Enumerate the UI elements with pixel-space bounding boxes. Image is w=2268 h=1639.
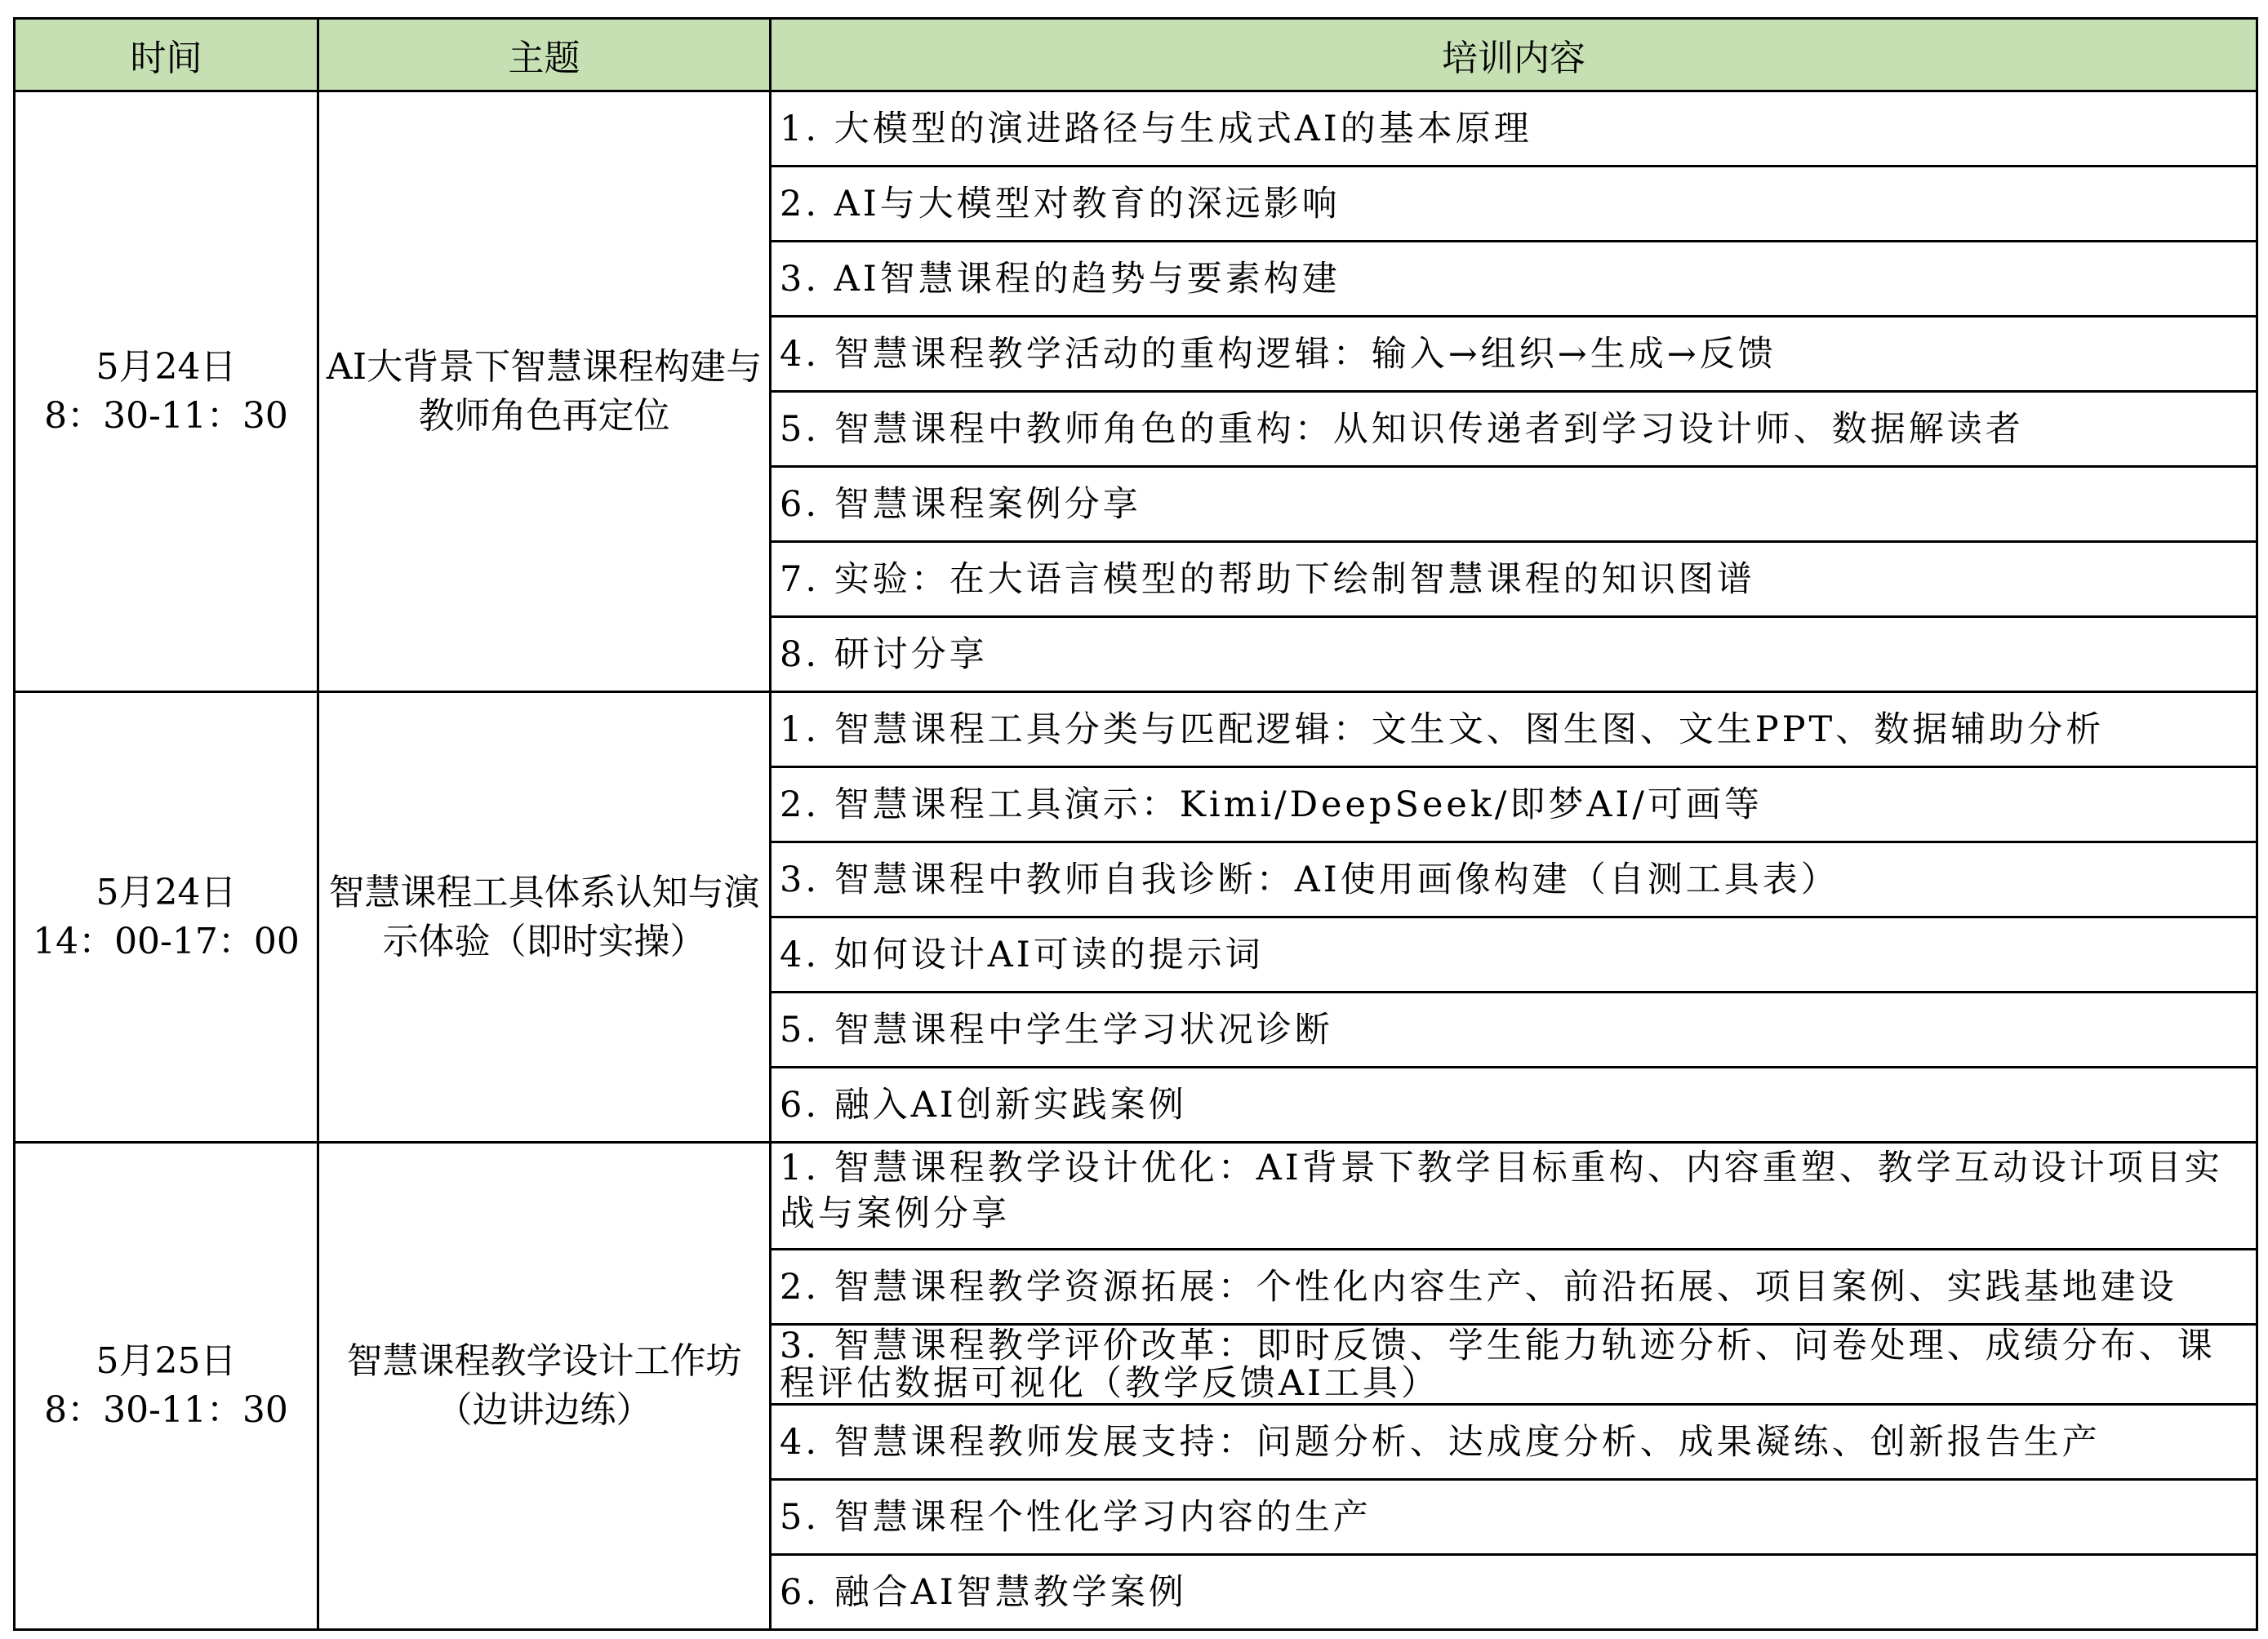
content-item: 6. 融入AI创新实践案例 xyxy=(771,1068,2257,1143)
session-time-cell: 5月24日 8：30-11：30 xyxy=(15,91,318,692)
session-time-cell: 5月25日 8：30-11：30 xyxy=(15,1143,318,1630)
content-item: 2. AI与大模型对教育的深远影响 xyxy=(771,167,2257,242)
header-content: 培训内容 xyxy=(771,19,2257,91)
table-row: 5月24日 8：30-11：30 AI大背景下智慧课程构建与教师角色再定位 1.… xyxy=(15,91,2257,167)
content-item: 2. 智慧课程教学资源拓展：个性化内容生产、前沿拓展、项目案例、实践基地建设 xyxy=(771,1250,2257,1325)
session-topic: AI大背景下智慧课程构建与教师角色再定位 xyxy=(318,91,771,692)
session-hours: 8：30-11：30 xyxy=(16,392,317,441)
header-time: 时间 xyxy=(15,19,318,91)
content-item: 1. 智慧课程工具分类与匹配逻辑：文生文、图生图、文生PPT、数据辅助分析 xyxy=(771,692,2257,767)
session-date: 5月24日 xyxy=(16,868,317,917)
session-hours: 14：00-17：00 xyxy=(16,917,317,966)
content-item: 5. 智慧课程个性化学习内容的生产 xyxy=(771,1480,2257,1555)
content-item: 6. 融合AI智慧教学案例 xyxy=(771,1555,2257,1630)
session-date: 5月24日 xyxy=(16,343,317,392)
session-date: 5月25日 xyxy=(16,1337,317,1386)
content-item: 4. 智慧课程教学活动的重构逻辑：输入→组织→生成→反馈 xyxy=(771,317,2257,392)
content-item: 4. 如何设计AI可读的提示词 xyxy=(771,917,2257,993)
content-item: 3. 智慧课程教学评价改革：即时反馈、学生能力轨迹分析、问卷处理、成绩分布、课程… xyxy=(771,1325,2257,1405)
content-item: 7. 实验：在大语言模型的帮助下绘制智慧课程的知识图谱 xyxy=(771,542,2257,617)
content-item: 2. 智慧课程工具演示：Kimi/DeepSeek/即梦AI/可画等 xyxy=(771,767,2257,842)
content-item: 1. 大模型的演进路径与生成式AI的基本原理 xyxy=(771,91,2257,167)
content-item: 8. 研讨分享 xyxy=(771,617,2257,692)
content-item: 5. 智慧课程中学生学习状况诊断 xyxy=(771,993,2257,1068)
table-row: 5月25日 8：30-11：30 智慧课程教学设计工作坊（边讲边练） 1. 智慧… xyxy=(15,1143,2257,1250)
training-schedule-table: 时间 主题 培训内容 5月24日 8：30-11：30 AI大背景下智慧课程构建… xyxy=(13,17,2258,1631)
session-topic: 智慧课程工具体系认知与演示体验（即时实操） xyxy=(318,692,771,1143)
content-item: 1. 智慧课程教学设计优化：AI背景下教学目标重构、内容重塑、教学互动设计项目实… xyxy=(771,1143,2257,1250)
content-item: 4. 智慧课程教师发展支持：问题分析、达成度分析、成果凝练、创新报告生产 xyxy=(771,1405,2257,1480)
content-item: 3. 智慧课程中教师自我诊断：AI使用画像构建（自测工具表） xyxy=(771,842,2257,917)
session-hours: 8：30-11：30 xyxy=(16,1386,317,1435)
content-item: 5. 智慧课程中教师角色的重构：从知识传递者到学习设计师、数据解读者 xyxy=(771,392,2257,467)
session-time-cell: 5月24日 14：00-17：00 xyxy=(15,692,318,1143)
session-topic: 智慧课程教学设计工作坊（边讲边练） xyxy=(318,1143,771,1630)
content-item: 6. 智慧课程案例分享 xyxy=(771,467,2257,542)
content-item: 3. AI智慧课程的趋势与要素构建 xyxy=(771,242,2257,317)
table-row: 5月24日 14：00-17：00 智慧课程工具体系认知与演示体验（即时实操） … xyxy=(15,692,2257,767)
header-topic: 主题 xyxy=(318,19,771,91)
header-row: 时间 主题 培训内容 xyxy=(15,19,2257,91)
